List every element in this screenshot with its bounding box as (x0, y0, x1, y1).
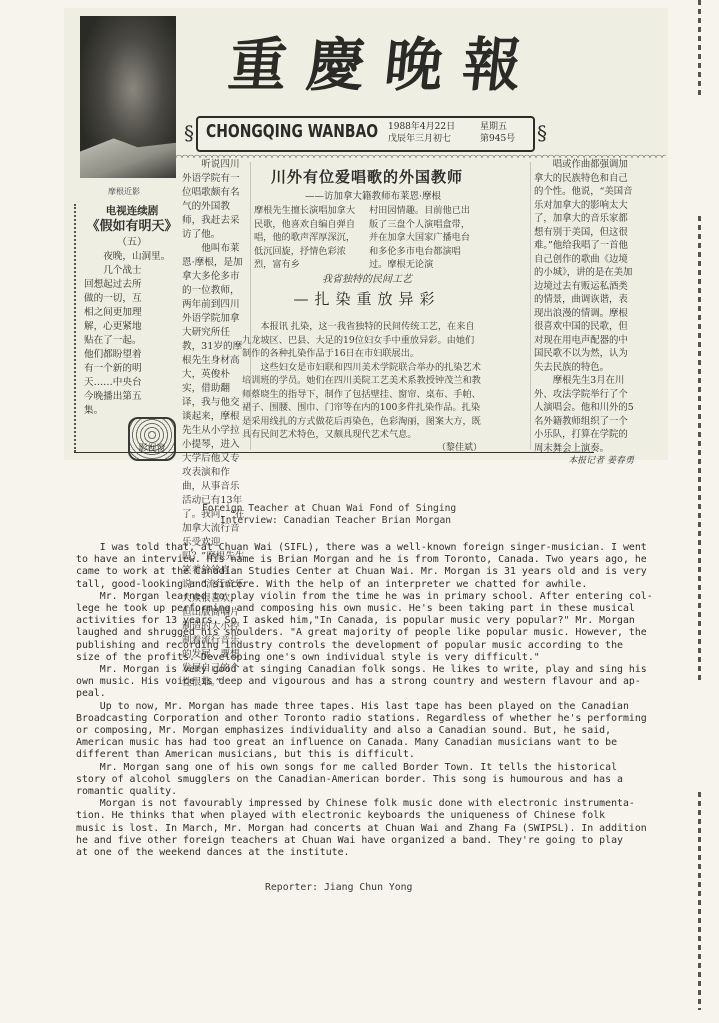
article-column-2: 摩根先生擅长演唱加拿大民歌，他喜欢自编自弹自唱，他的歌声浑厚深沉，低沉回旋，抒情… (254, 204, 364, 272)
date-gregorian: 1988年4月22日 (388, 122, 455, 132)
translation-line: I was told that, at Chuan Wai (SIFL), th… (76, 542, 686, 554)
craft-paragraph: 本报讯 扎染，这一我省独特的民间传统工艺，在来自九龙坡区、巴县、大足的19位妇女… (242, 320, 482, 361)
column-rule (250, 162, 251, 450)
translation-line: Up to now, Mr. Morgan has made three tap… (76, 701, 686, 713)
tv-drama-episode: （五） (84, 236, 180, 250)
article-paragraph: 村田园情趣。目前他已出版了三盘个人演唱盒带，并在加拿大国家广播电台和多伦多市电台… (369, 204, 479, 272)
dotted-border (74, 204, 78, 452)
translation-line: Mr. Morgan is very good at singing Canad… (76, 664, 686, 676)
translation-line: came to work at the Canadian Studies Cen… (76, 566, 686, 578)
masthead-english: CHONGQING WANBAO (206, 121, 378, 142)
tv-drama-notice: 电视连续剧 《假如有明天》 （五） 夜晚，山洞里。 几个战士回想起过去所做的一切… (84, 204, 180, 418)
issue-info: 星期五 第945号 (480, 121, 515, 145)
translation-title: Foreign Teacher at Chuan Wai Fond of Sin… (196, 503, 516, 527)
translation-line: romantic quality. (76, 786, 686, 798)
article-column-3: 村田园情趣。目前他已出版了三盘个人演唱盒带，并在加拿大国家广播电台和多伦多市电台… (369, 204, 479, 272)
translation-line: American music has had too great an infl… (76, 737, 686, 749)
issue-date: 1988年4月22日 戊辰年三月初七 (388, 121, 455, 145)
translation-line: tion. He thinks that when played with el… (76, 810, 686, 822)
translation-line: size of the profits. Developing one's ow… (76, 652, 686, 664)
translation-title-line-2: Interview: Canadian Teacher Brian Morgan (196, 515, 516, 527)
craft-headline: —扎染重放异彩 (254, 288, 480, 309)
translation-line: Mr. Morgan sang one of his own songs for… (76, 762, 686, 774)
translation-line: Broadcasting Corporation and other Toron… (76, 713, 686, 725)
translation-line: tall, good-looking and sincere. With the… (76, 579, 686, 591)
article-column-4: 唱或作曲都强调加拿大的民族特色和自己的个性。他说，“美国音乐对加拿大的影响太大了… (534, 158, 634, 469)
craft-kicker: 我省独特的民间工艺 (254, 270, 480, 285)
translation-body: I was told that, at Chuan Wai (SIFL), th… (76, 542, 686, 859)
translation-line: or composing, Mr. Morgan emphasizes indi… (76, 725, 686, 737)
article-paragraph: 摩根先生擅长演唱加拿大民歌，他喜欢自编自弹自唱，他的歌声浑厚深沉，低沉回旋，抒情… (254, 204, 364, 272)
issue-number: 第945号 (480, 134, 515, 144)
column-rule (530, 162, 531, 450)
translation-line: laughed and shrugged his shoulders. "A g… (76, 627, 686, 639)
translation-title-line-1: Foreign Teacher at Chuan Wai Fond of Sin… (196, 503, 516, 515)
reporter-byline: 本报记者 姜春勇 (534, 455, 634, 469)
translation-line: Morgan is not favourably impressed by Ch… (76, 798, 686, 810)
film-tv-window-stamp: 影视窗 (128, 417, 176, 461)
translation-line: activities for 13 years. So I asked him,… (76, 615, 686, 627)
tv-drama-title: 《假如有明天》 (84, 218, 180, 236)
craft-paragraph: 这些妇女是市妇联和四川美术学院联合举办的扎染艺术培训班的学员。她们在四川美院工艺… (242, 361, 482, 442)
translation-line: he and five other foreign teachers at Ch… (76, 835, 686, 847)
article-paragraph: 唱或作曲都强调加拿大的民族特色和自己的个性。他说，“美国音乐对加拿大的影响太大了… (534, 158, 634, 374)
article-paragraph: 摩根先生3月在川外、攻法学院举行了个人演唱会。他和川外的5名外籍教师组织了一个小… (534, 374, 634, 455)
perforation-gap (697, 680, 703, 790)
article-subhead: ——访加拿大籍教师布莱恩·摩根 (260, 188, 486, 202)
translation-line: publishing and recording industry contro… (76, 640, 686, 652)
date-lunar: 戊辰年三月初七 (388, 134, 451, 144)
translation-line: Mr. Morgan learned to play violin from t… (76, 591, 686, 603)
translation-line: lege he took up performing and composing… (76, 603, 686, 615)
tv-drama-label: 电视连续剧 (84, 204, 180, 218)
perforation-gap (697, 95, 703, 215)
tv-drama-text: 几个战士回想起过去所做的一切，互相之间更加理解，心更紧地贴在了一起。他们都盼望着… (84, 264, 144, 418)
craft-article: 本报讯 扎染，这一我省独特的民间传统工艺，在来自九龙坡区、巴县、大足的19位妇女… (242, 320, 482, 455)
bottom-rule (74, 452, 594, 453)
translation-line: story of alcohol smugglers on the Canadi… (76, 774, 686, 786)
translation-line: own music. His voice is deep and vigouro… (76, 676, 686, 688)
translation-line: to have an interview. His name is Brian … (76, 554, 686, 566)
portrait-photo (80, 16, 176, 178)
article-paragraph: 听说四川外语学院有一位唱歌颇有名气的外国教师，我赶去采访了他。 (182, 158, 248, 242)
translation-reporter: Reporter: Jiang Chun Yong (265, 882, 412, 893)
photo-caption: 摩根近影 (108, 186, 140, 197)
masthead-banner: CHONGQING WANBAO 1988年4月22日 戊辰年三月初七 星期五 … (196, 116, 535, 152)
translation-line: peal. (76, 688, 686, 700)
newspaper-clipping: 重慶晚報 CHONGQING WANBAO 1988年4月22日 戊辰年三月初七… (64, 8, 668, 460)
weekday: 星期五 (480, 122, 507, 132)
translation-line: at one of the weekend dances at the inst… (76, 847, 686, 859)
translation-line: different than American musicians, but t… (76, 749, 686, 761)
translation-line: music is lost. In March, Mr. Morgan had … (76, 823, 686, 835)
masthead-chinese: 重慶晚報 (215, 20, 554, 110)
tv-drama-text: 夜晚，山洞里。 (84, 250, 180, 264)
article-headline: 川外有位爱唱歌的外国教师 (254, 166, 480, 187)
